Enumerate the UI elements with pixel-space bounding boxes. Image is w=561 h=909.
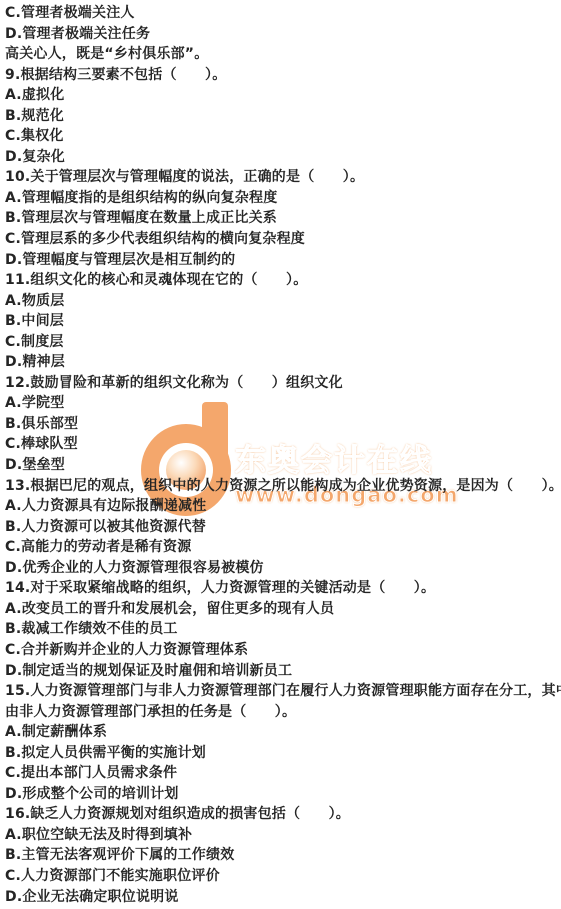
- text-line: A.改变员工的晋升和发展机会，留住更多的现有人员: [5, 599, 561, 620]
- text-line: B.管理层次与管理幅度在数量上成正比关系: [5, 208, 561, 229]
- text-line: C.高能力的劳动者是稀有资源: [5, 537, 561, 558]
- text-line: A.物质层: [5, 291, 561, 312]
- text-line: B.主管无法客观评价下属的工作绩效: [5, 845, 561, 866]
- text-line: 16.缺乏人力资源规划对组织造成的损害包括（ ）。: [5, 804, 561, 825]
- text-line: D.优秀企业的人力资源管理很容易被模仿: [5, 558, 561, 579]
- text-line: 9.根据结构三要素不包括（ ）。: [5, 65, 561, 86]
- text-line: A.制定薪酬体系: [5, 722, 561, 743]
- text-line: 15.人力资源管理部门与非人力资源管理部门在履行人力资源管理职能方面存在分工，其…: [5, 681, 561, 702]
- text-line: D.制定适当的规划保证及时雇佣和培训新员工: [5, 661, 561, 682]
- text-line: B.裁减工作绩效不佳的员工: [5, 619, 561, 640]
- exam-question-list: C.管理者极端关注人 D.管理者极端关注任务 高关心人，既是“乡村俱乐部”。 9…: [5, 3, 561, 907]
- text-line: B.人力资源可以被其他资源代替: [5, 517, 561, 538]
- text-line: 11.组织文化的核心和灵魂体现在它的（ ）。: [5, 270, 561, 291]
- text-line: D.复杂化: [5, 147, 561, 168]
- text-line: 14.对于采取紧缩战略的组织，人力资源管理的关键活动是（ ）。: [5, 578, 561, 599]
- text-line: D.精神层: [5, 352, 561, 373]
- text-line: 12.鼓励冒险和革新的组织文化称为（ ）组织文化: [5, 373, 561, 394]
- text-line: A.虚拟化: [5, 85, 561, 106]
- text-line: A.学院型: [5, 393, 561, 414]
- text-line: 13.根据巴尼的观点，组织中的人力资源之所以能构成为企业优势资源，是因为（ ）。: [5, 476, 561, 497]
- text-line: D.形成整个公司的培训计划: [5, 784, 561, 805]
- text-line: 由非人力资源管理部门承担的任务是（ ）。: [5, 702, 561, 723]
- text-line: A.人力资源具有边际报酬递减性: [5, 496, 561, 517]
- text-line: B.拟定人员供需平衡的实施计划: [5, 743, 561, 764]
- text-line: B.俱乐部型: [5, 414, 561, 435]
- text-line: C.集权化: [5, 126, 561, 147]
- text-line: C.管理者极端关注人: [5, 3, 561, 24]
- text-line: C.合并新购并企业的人力资源管理体系: [5, 640, 561, 661]
- text-line: D.企业无法确定职位说明说: [5, 887, 561, 908]
- text-line: C.管理层系的多少代表组织结构的横向复杂程度: [5, 229, 561, 250]
- text-line: D.堡垒型: [5, 455, 561, 476]
- text-line: 10.关于管理层次与管理幅度的说法，正确的是（ ）。: [5, 167, 561, 188]
- text-line: D.管理者极端关注任务: [5, 24, 561, 45]
- text-line: C.提出本部门人员需求条件: [5, 763, 561, 784]
- text-line: D.管理幅度与管理层次是相互制约的: [5, 250, 561, 271]
- text-line: B.规范化: [5, 106, 561, 127]
- text-line: A.管理幅度指的是组织结构的纵向复杂程度: [5, 188, 561, 209]
- text-line: C.人力资源部门不能实施职位评价: [5, 866, 561, 887]
- text-line: 高关心人，既是“乡村俱乐部”。: [5, 44, 561, 65]
- text-line: C.制度层: [5, 332, 561, 353]
- text-line: A.职位空缺无法及时得到填补: [5, 825, 561, 846]
- text-line: C.棒球队型: [5, 434, 561, 455]
- exam-document-page: 东奥会计在线 www.dongao.com C.管理者极端关注人 D.管理者极端…: [0, 0, 561, 909]
- text-line: B.中间层: [5, 311, 561, 332]
